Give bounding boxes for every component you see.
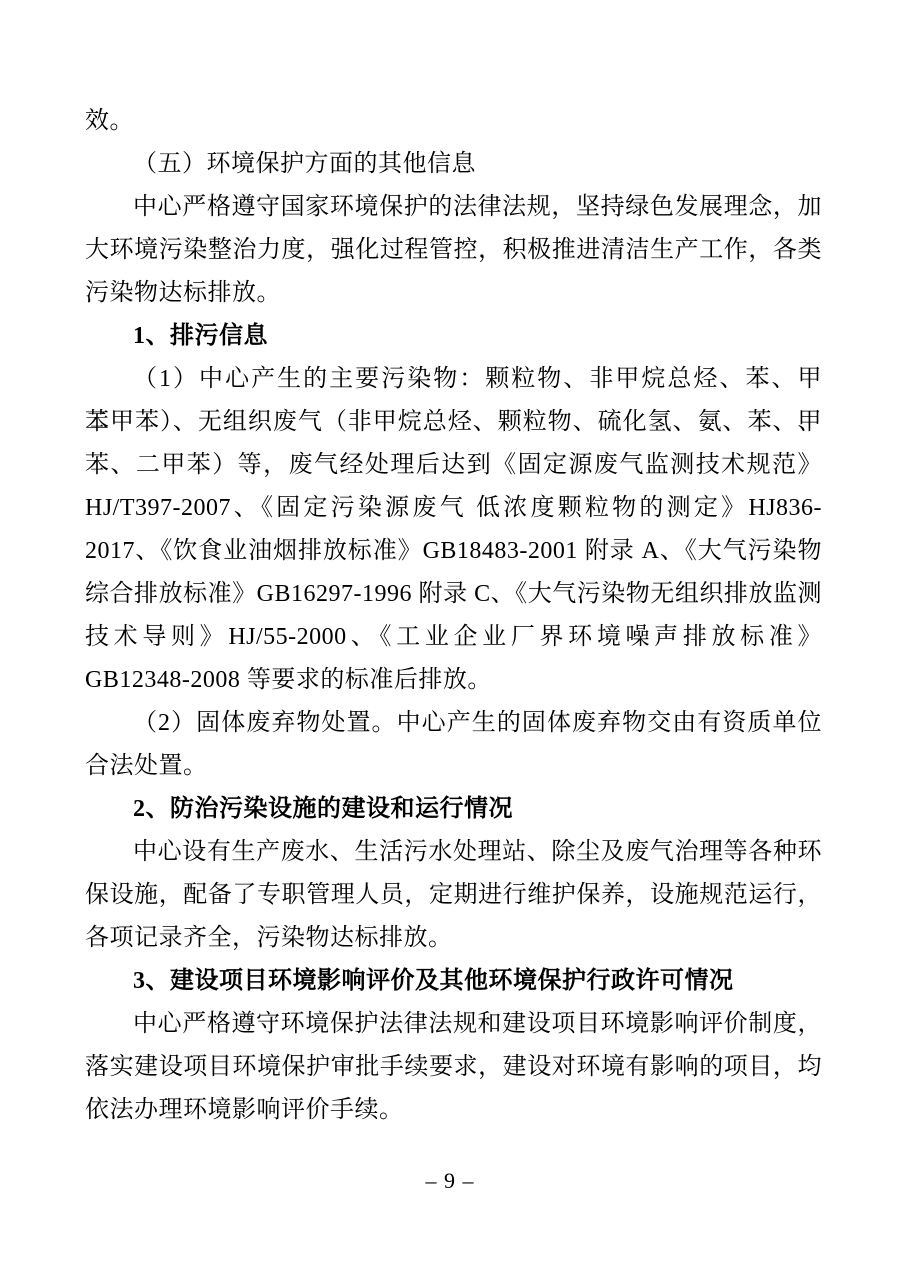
text-line: 中心严格遵守国家环境保护的法律法规，坚持绿色发展理念，加	[85, 186, 822, 229]
text-line: 污染物达标排放。	[85, 272, 822, 315]
text-line: 二甲苯）、无组织废气（非甲烷总烃、颗粒物、硫化氢、氨、苯、甲	[85, 401, 822, 444]
text-line: （2）固体废弃物处置。中心产生的固体废弃物交由有资质单位	[85, 702, 822, 745]
text-line: 中心严格遵守环境保护法律法规和建设项目环境影响评价制度，	[85, 1003, 822, 1046]
text-line: 2017、《饮食业油烟排放标准》GB18483-2001 附录 A、《大气污染物	[85, 530, 822, 573]
text-line: GB12348-2008 等要求的标准后排放。	[85, 659, 822, 702]
text-line: 苯、二甲苯）等，废气经处理后达到《固定源废气监测技术规范》	[85, 444, 822, 487]
text-line: （五）环境保护方面的其他信息	[85, 143, 822, 186]
text-line: 中心设有生产废水、生活污水处理站、除尘及废气治理等各种环	[85, 831, 822, 874]
text-line: 依法办理环境影响评价手续。	[85, 1089, 822, 1132]
section-heading: 2、防治污染设施的建设和运行情况	[85, 788, 822, 831]
text-line: 大环境污染整治力度，强化过程管控，积极推进清洁生产工作，各类	[85, 229, 822, 272]
section-heading: 3、建设项目环境影响评价及其他环境保护行政许可情况	[85, 960, 822, 1003]
document-body: 效。（五）环境保护方面的其他信息中心严格遵守国家环境保护的法律法规，坚持绿色发展…	[85, 100, 822, 1132]
text-line: 综合排放标准》GB16297-1996 附录 C、《大气污染物无组织排放监测	[85, 573, 822, 616]
text-line: （1）中心产生的主要污染物：颗粒物、非甲烷总烃、苯、甲苯、	[85, 358, 822, 401]
section-heading: 1、排污信息	[85, 315, 822, 358]
text-line: 各项记录齐全，污染物达标排放。	[85, 917, 822, 960]
document-page: 效。（五）环境保护方面的其他信息中心严格遵守国家环境保护的法律法规，坚持绿色发展…	[0, 0, 900, 1273]
text-line: HJ/T397-2007、《固定污染源废气 低浓度颗粒物的测定》HJ836-	[85, 487, 822, 530]
text-line: 效。	[85, 100, 822, 143]
text-line: 合法处置。	[85, 745, 822, 788]
text-line: 技术导则》HJ/55-2000、《工业企业厂界环境噪声排放标准》	[85, 616, 822, 659]
text-line: 保设施，配备了专职管理人员，定期进行维护保养，设施规范运行，	[85, 874, 822, 917]
page-number: – 9 –	[0, 1168, 900, 1194]
text-line: 落实建设项目环境保护审批手续要求，建设对环境有影响的项目，均	[85, 1046, 822, 1089]
